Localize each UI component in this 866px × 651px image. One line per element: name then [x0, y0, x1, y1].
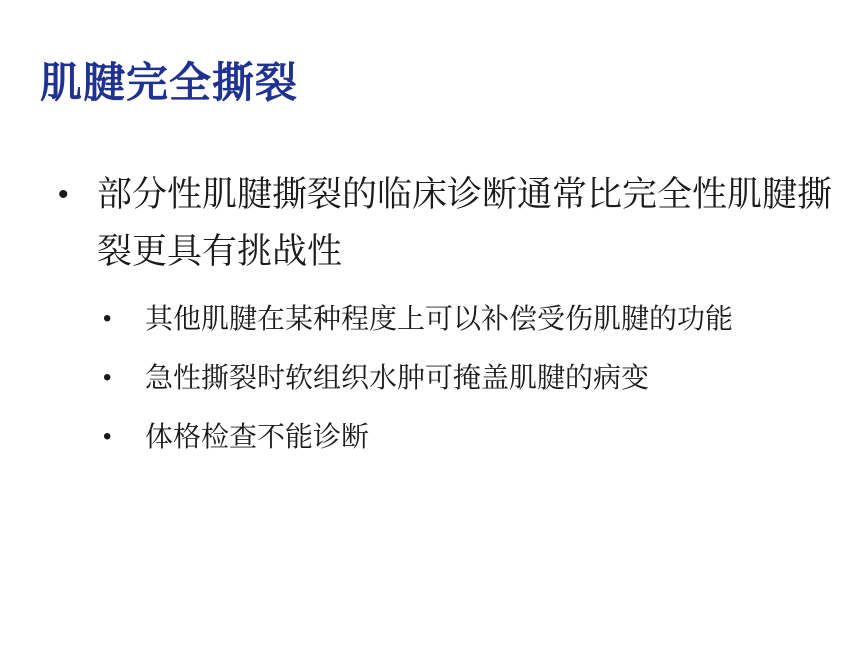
list-item: • 体格检查不能诊断 [103, 407, 843, 466]
list-item-text: 其他肌腱在某种程度上可以补偿受伤肌腱的功能 [145, 289, 843, 348]
bullet-icon: • [103, 348, 145, 407]
list-item-text-line: 裂更具有挑战性 [97, 223, 848, 280]
list-item: • 部分性肌腱撕裂的临床诊断通常比完全性肌腱撕 裂更具有挑战性 [58, 166, 848, 280]
bullet-icon: • [103, 407, 145, 466]
list-item-text: 急性撕裂时软组织水肿可掩盖肌腱的病变 [145, 348, 843, 407]
list-item-text: 部分性肌腱撕裂的临床诊断通常比完全性肌腱撕 裂更具有挑战性 [97, 166, 848, 280]
list-item-text-line: 部分性肌腱撕裂的临床诊断通常比完全性肌腱撕 [97, 166, 848, 223]
list-item-text: 体格检查不能诊断 [145, 407, 843, 466]
page-title: 肌腱完全撕裂 [40, 58, 298, 108]
sub-list: • 其他肌腱在某种程度上可以补偿受伤肌腱的功能 • 急性撕裂时软组织水肿可掩盖肌… [103, 289, 843, 466]
list-item: • 急性撕裂时软组织水肿可掩盖肌腱的病变 [103, 348, 843, 407]
list-item: • 其他肌腱在某种程度上可以补偿受伤肌腱的功能 [103, 289, 843, 348]
bullet-icon: • [103, 289, 145, 348]
slide: 肌腱完全撕裂 • 部分性肌腱撕裂的临床诊断通常比完全性肌腱撕 裂更具有挑战性 •… [0, 0, 866, 651]
bullet-icon: • [58, 166, 97, 223]
